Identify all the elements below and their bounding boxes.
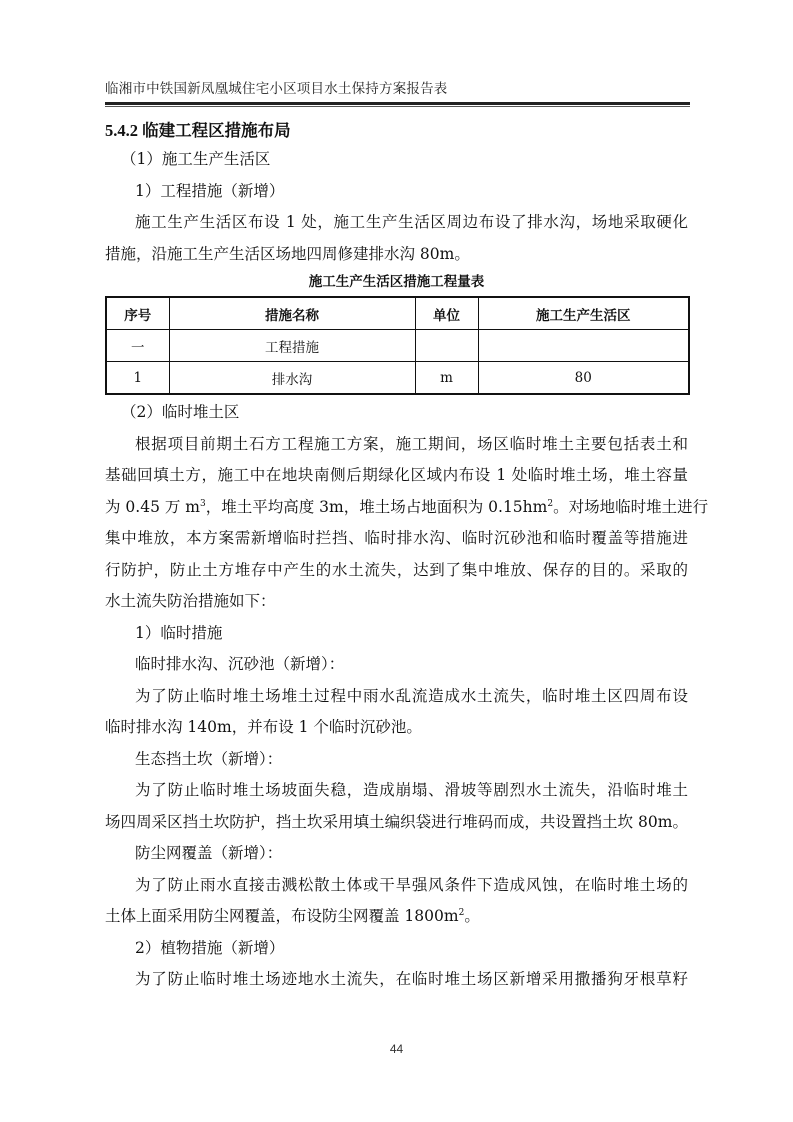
paragraph-line: 土体上面采用防尘网覆盖，布设防尘网覆盖 1800m2。 [105,901,688,933]
cell-unit: m [415,362,478,395]
column-header-measure-name: 措施名称 [169,297,415,330]
section-heading: 5.4.2 临建工程区措施布局 [105,118,688,144]
temporary-measures-title: 1）临时措施 [105,618,688,650]
paragraph-line: 为了防止临时堆土场坡面失稳，造成崩塌、滑坡等剧烈水土流失，沿临时堆土 [105,775,688,807]
page-header: 临湘市中铁国新凤凰城住宅小区项目水土保持方案报告表 [105,80,690,107]
drainage-title: 临时排水沟、沉砂池（新增）： [105,649,688,681]
dust-net-title: 防尘网覆盖（新增）： [105,838,688,870]
paragraph-line: 基础回填土方，施工中在地块南侧后期绿化区域内布设 1 处临时堆土场，堆土容量 [105,460,688,492]
paragraph-line: 为了防止临时堆土场迹地水土流失，在临时堆土场区新增采用撒播狗牙根草籽 [105,964,688,996]
column-header-area: 施工生产生活区 [478,297,689,330]
cell-index: 一 [106,330,169,362]
paragraph-line: 行防护，防止土方堆存中产生的水土流失，达到了集中堆放、保存的目的。采取的 [105,555,688,587]
retaining-ridge-title: 生态挡土坎（新增）： [105,744,688,776]
paragraph-line: 临时排水沟 140m，并布设 1 个临时沉砂池。 [105,712,688,744]
text-run: 为 0.45 万 m [105,498,200,516]
paragraph-line: 为了防止雨水直接击溅松散土体或干旱强风条件下造成风蚀，在临时堆土场的 [105,870,688,902]
cell-measure-name: 排水沟 [169,362,415,395]
paragraph-line: 水土流失防治措施如下： [105,586,688,618]
cell-unit [415,330,478,362]
text-run: 土体上面采用防尘网覆盖，布设防尘网覆盖 1800m [105,907,459,925]
subsection-title-temporary-stockpile: （2）临时堆土区 [105,397,688,429]
document-title: 临湘市中铁国新凤凰城住宅小区项目水土保持方案报告表 [105,80,690,98]
text-run: 。 [464,907,480,925]
page-content: 5.4.2 临建工程区措施布局 （1）施工生产生活区 1）工程措施（新增） 施工… [105,118,688,996]
subsection-title-construction-area: （1）施工生产生活区 [105,144,688,176]
cell-quantity: 80 [478,362,689,395]
paragraph-line: 根据项目前期土石方工程施工方案，施工期间，场区临时堆土主要包括表土和 [105,429,688,461]
table-row: 1 排水沟 m 80 [106,362,689,395]
cell-measure-name: 工程措施 [169,330,415,362]
text-run: 。对场地临时堆土进行 [553,498,708,516]
measures-table: 序号 措施名称 单位 施工生产生活区 一 工程措施 1 排水沟 m 80 [105,296,690,395]
paragraph-line: 施工生产生活区布设 1 处，施工生产生活区周边布设了排水沟，场地采取硬化 [105,207,688,239]
header-rule [105,102,690,105]
plant-measures-title: 2）植物措施（新增） [105,933,688,965]
column-header-unit: 单位 [415,297,478,330]
text-run: ，堆土平均高度 3m，堆土场占地面积为 0.15hm [206,498,548,516]
paragraph-line: 场四周采区挡土坎防护，挡土坎采用填土编织袋进行堆码而成，共设置挡土坎 80m。 [105,807,688,839]
cell-quantity [478,330,689,362]
table-row: 一 工程措施 [106,330,689,362]
header-rule-thin [105,106,690,107]
paragraph-line: 集中堆放，本方案需新增临时拦挡、临时排水沟、临时沉砂池和临时覆盖等措施进 [105,523,688,555]
page-number: 44 [0,1042,793,1056]
paragraph-line: 措施，沿施工生产生活区场地四周修建排水沟 80m。 [105,239,688,271]
cell-index: 1 [106,362,169,395]
paragraph-line: 为 0.45 万 m3，堆土平均高度 3m，堆土场占地面积为 0.15hm2。对… [105,492,688,524]
paragraph-line: 为了防止临时堆土场堆土过程中雨水乱流造成水土流失，临时堆土区四周布设 [105,681,688,713]
table-header-row: 序号 措施名称 单位 施工生产生活区 [106,297,689,330]
table-caption: 施工生产生活区措施工程量表 [105,270,688,296]
engineering-measures-title: 1）工程措施（新增） [105,176,688,208]
column-header-index: 序号 [106,297,169,330]
